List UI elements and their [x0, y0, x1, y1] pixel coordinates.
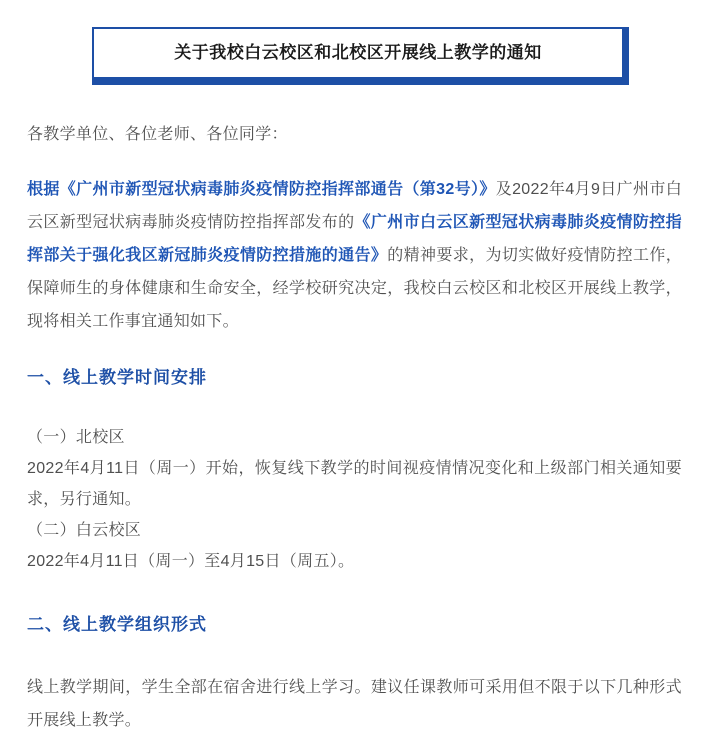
- campus-north-label: （一）北校区: [27, 422, 682, 453]
- notice-page: 关于我校白云校区和北校区开展线上教学的通知 各教学单位、各位老师、各位同学： 根…: [0, 0, 709, 744]
- link-guangzhou-notice-no32[interactable]: 根据《广州市新型冠状病毒肺炎疫情防控指挥部通告（第32号）》: [27, 181, 496, 198]
- section-2-heading: 二、线上教学组织形式: [27, 615, 682, 635]
- notice-content: 关于我校白云校区和北校区开展线上教学的通知 各教学单位、各位老师、各位同学： 根…: [0, 27, 709, 737]
- section-2-paragraph: 线上教学期间，学生全部在宿舍进行线上学习。建议任课教师可采用但不限于以下几种形式…: [27, 671, 682, 737]
- intro-paragraph: 根据《广州市新型冠状病毒肺炎疫情防控指挥部通告（第32号）》及2022年4月9日…: [27, 173, 682, 338]
- section-1-body: （一）北校区 2022年4月11日（周一）开始，恢复线下教学的时间视疫情情况变化…: [27, 422, 682, 577]
- campus-baiyun-label: （二）白云校区: [27, 515, 682, 546]
- section-1-heading: 一、线上教学时间安排: [27, 368, 682, 388]
- campus-baiyun-schedule: 2022年4月11日（周一）至4月15日（周五）。: [27, 546, 682, 577]
- notice-title-box: 关于我校白云校区和北校区开展线上教学的通知: [92, 27, 629, 85]
- campus-north-schedule: 2022年4月11日（周一）开始，恢复线下教学的时间视疫情情况变化和上级部门相关…: [27, 453, 682, 515]
- notice-title: 关于我校白云校区和北校区开展线上教学的通知: [100, 44, 616, 61]
- greeting-line: 各教学单位、各位老师、各位同学：: [27, 118, 682, 151]
